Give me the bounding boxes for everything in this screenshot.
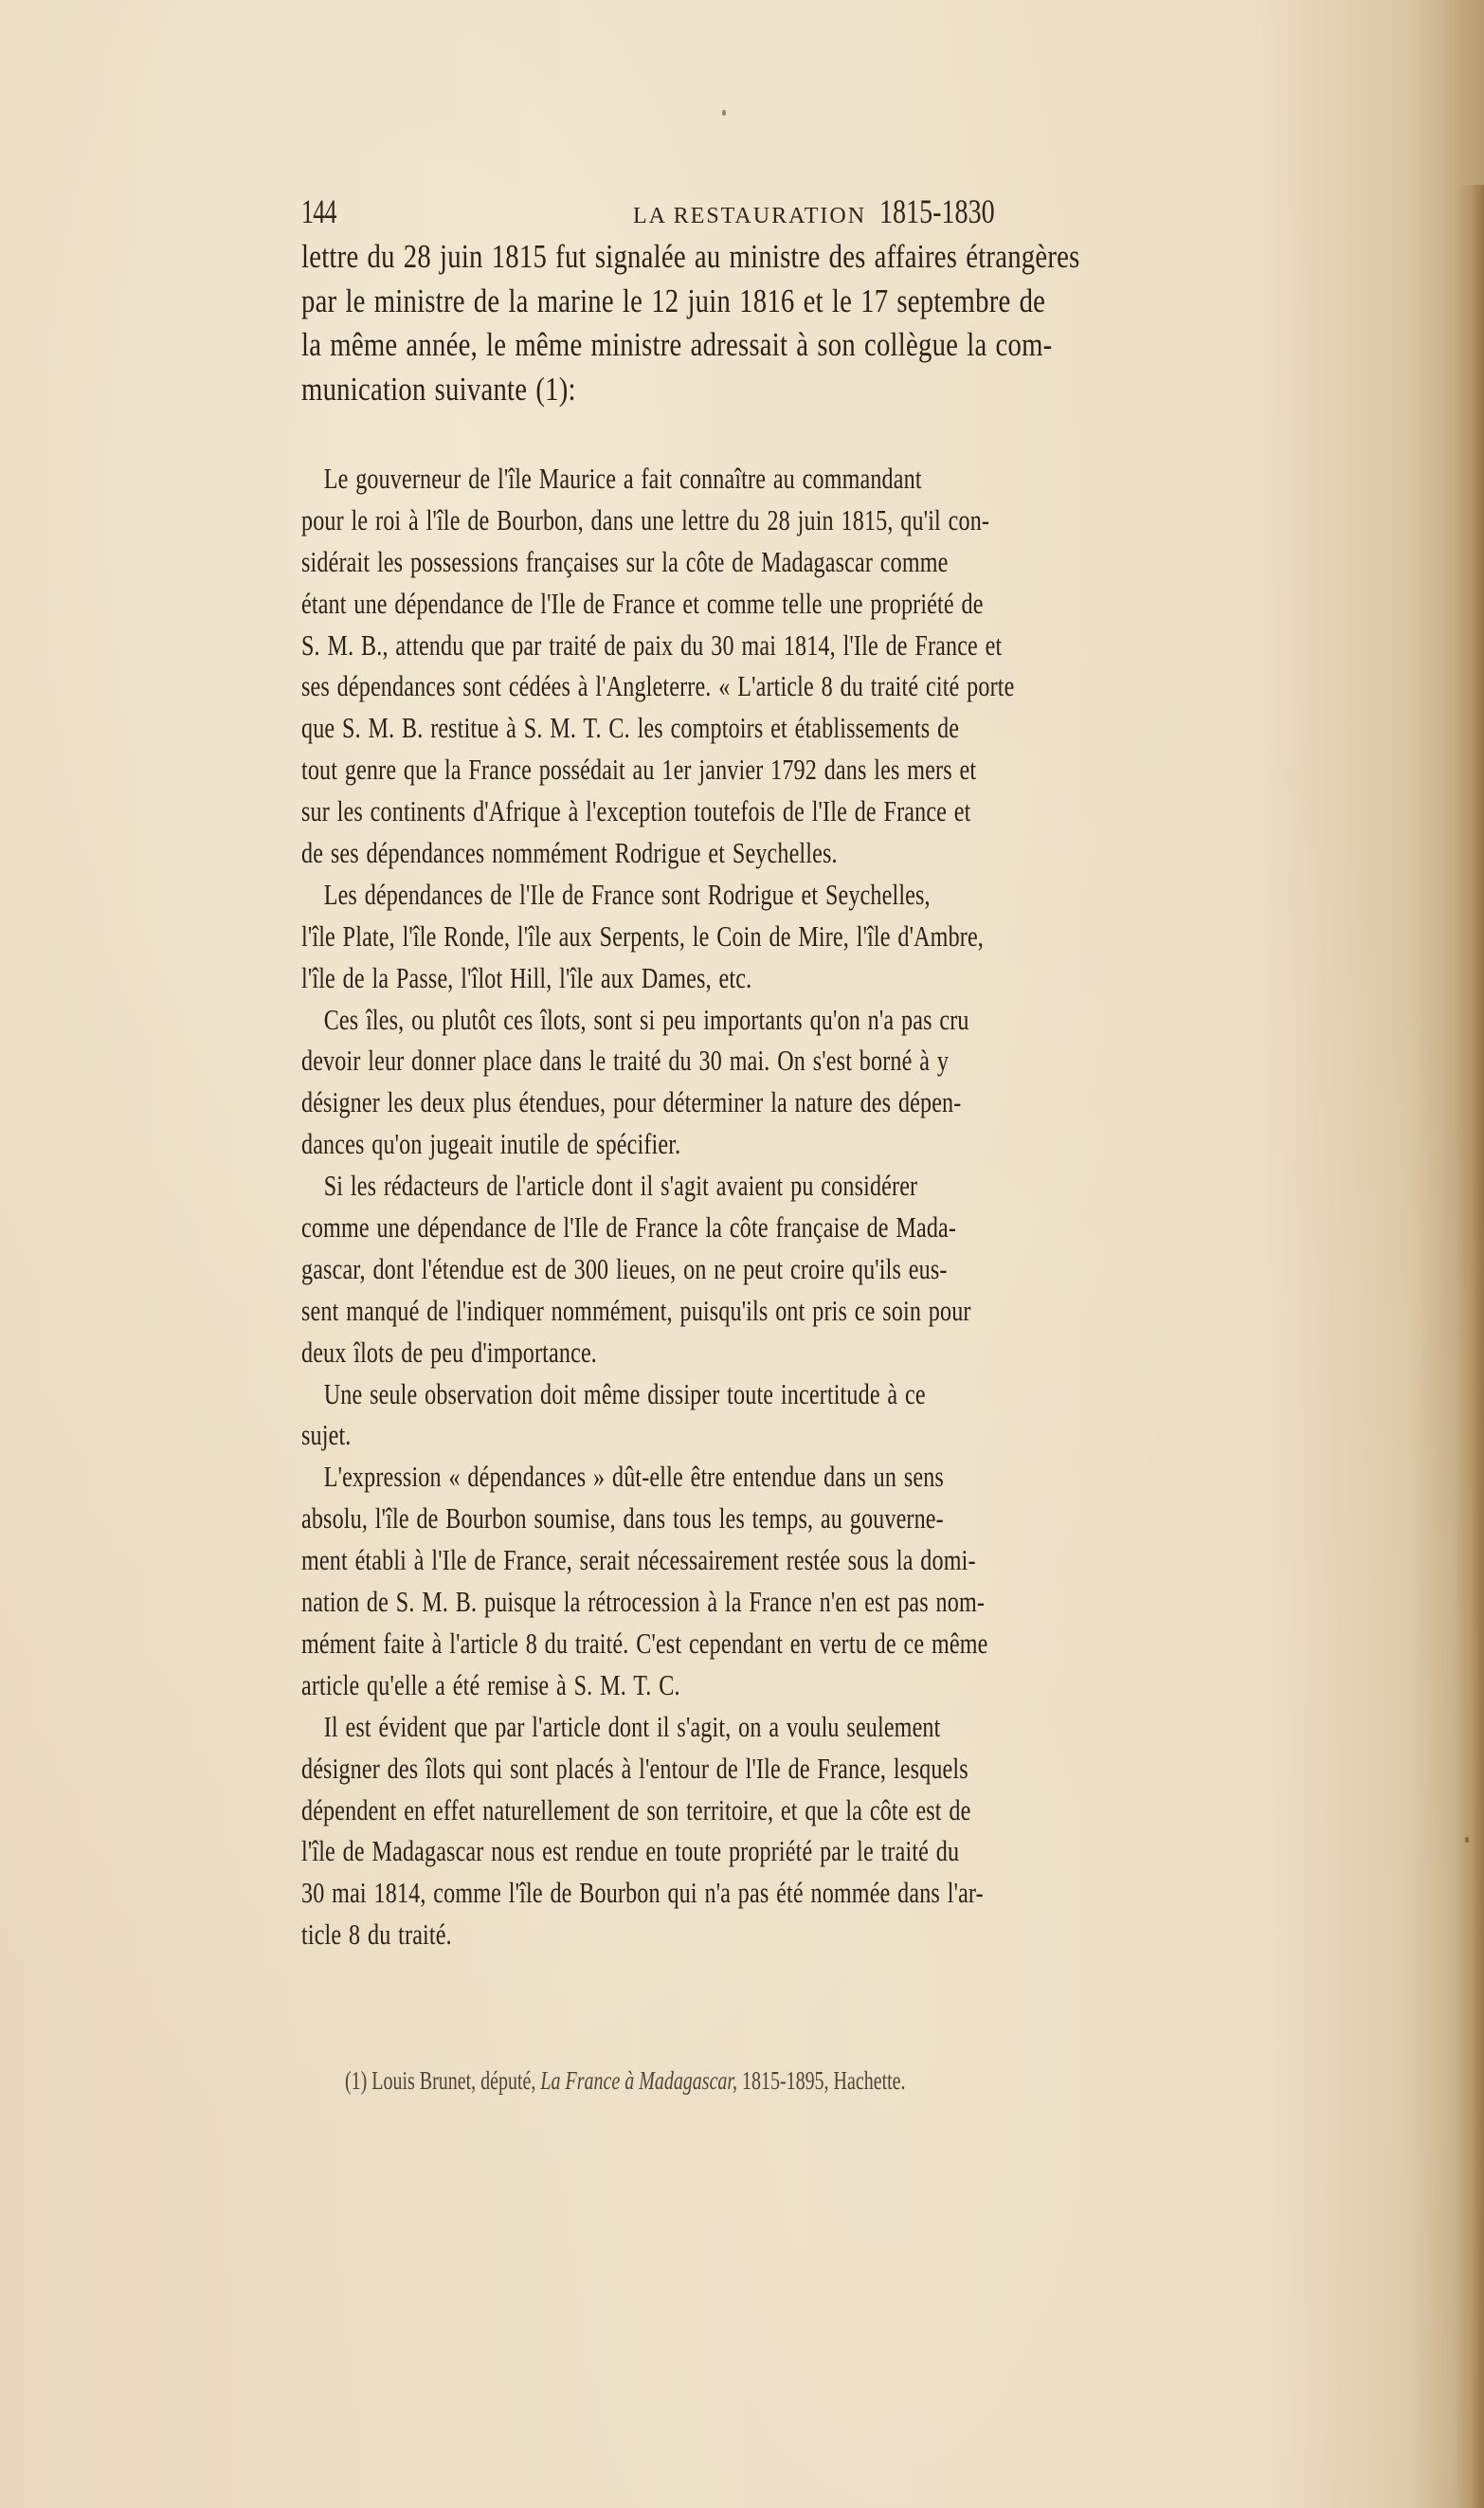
paper-speck [1465,1837,1469,1843]
text-line: deux îlots de peu d'importance. [301,1333,1238,1374]
quoted-communication: Le gouverneur de l'île Maurice a fait co… [301,459,1484,1956]
running-title-text: LA RESTAURATION [633,204,866,228]
text-line: la même année, le même ministre adressai… [301,323,1273,368]
text-line: gascar, dont l'étendue est de 300 lieues… [301,1249,1238,1291]
text-line: ment établi à l'Ile de France, serait né… [301,1540,1238,1582]
text-line: dances qu'on jugeait inutile de spécifie… [301,1124,1238,1166]
text-line: munication suivante (1): [301,368,1273,412]
text-line: l'île Plate, l'île Ronde, l'île aux Serp… [301,917,1238,958]
text-line: article qu'elle a été remise à S. M. T. … [301,1665,1238,1707]
text-line: L'expression « dépendances » dût-elle êt… [301,1457,1238,1499]
text-line: devoir leur donner place dans le traité … [301,1041,1238,1082]
book-page: 144 LA RESTAURATION 1815-1830 lettre du … [301,188,1484,1956]
text-line: Si les rédacteurs de l'article dont il s… [301,1166,1238,1208]
text-line: S. M. B., attendu que par traité de paix… [301,626,1238,667]
text-line: 30 mai 1814, comme l'île de Bourbon qui … [301,1873,1238,1915]
quote-paragraph: Il est évident que par l'article dont il… [301,1707,1484,1956]
text-line: Il est évident que par l'article dont il… [301,1707,1238,1749]
footnote-marker: (1) [345,2066,367,2095]
quote-paragraph: L'expression « dépendances » dût-elle êt… [301,1457,1484,1706]
text-line: sujet. [301,1415,1238,1457]
text-line: sent manqué de l'indiquer nommément, pui… [301,1291,1238,1333]
text-line: ticle 8 du traité. [301,1915,1238,1956]
text-line: l'île de la Passe, l'îlot Hill, l'île au… [301,958,1238,1000]
text-line: que S. M. B. restitue à S. M. T. C. les … [301,708,1238,750]
text-line: par le ministre de la marine le 12 juin … [301,280,1273,324]
paper-speck [722,110,726,116]
text-line: Le gouverneur de l'île Maurice a fait co… [301,459,1238,500]
quote-paragraph: Si les rédacteurs de l'article dont il s… [301,1166,1484,1373]
text-line: sidérait les possessions françaises sur … [301,542,1238,584]
text-line: Ces îles, ou plutôt ces îlots, sont si p… [301,1000,1238,1042]
text-line: désigner les deux plus étendues, pour dé… [301,1082,1238,1124]
text-line: nation de S. M. B. puisque la rétrocessi… [301,1582,1238,1624]
quote-paragraph: Une seule observation doit même dissiper… [301,1374,1484,1458]
quote-paragraph: Le gouverneur de l'île Maurice a fait co… [301,459,1484,875]
text-line: dépendent en effet naturellement de son … [301,1790,1238,1832]
intro-paragraph: lettre du 28 juin 1815 fut signalée au m… [301,235,1484,411]
running-head: 144 LA RESTAURATION 1815-1830 [301,188,1484,235]
footnote-publication: 1815-1895, Hachette. [742,2066,906,2095]
text-line: sur les continents d'Afrique à l'excepti… [301,791,1238,833]
text-line: Les dépendances de l'Ile de France sont … [301,875,1238,917]
footnote: (1) Louis Brunet, député, La France à Ma… [345,2066,906,2096]
text-line: absolu, l'île de Bourbon soumise, dans t… [301,1499,1238,1540]
text-line: comme une dépendance de l'Ile de France … [301,1208,1238,1249]
text-line: ses dépendances sont cédées à l'Angleter… [301,666,1238,708]
text-line: désigner des îlots qui sont placés à l'e… [301,1749,1238,1790]
footnote-book-title: La France à Madagascar, [540,2066,737,2095]
text-line: lettre du 28 juin 1815 fut signalée au m… [301,235,1273,280]
text-line: de ses dépendances nommément Rodrigue et… [301,833,1238,875]
running-title-years: 1815-1830 [879,191,995,231]
text-line: étant une dépendance de l'Ile de France … [301,584,1238,626]
text-line: mément faite à l'article 8 du traité. C'… [301,1624,1238,1665]
text-line: tout genre que la France possédait au 1e… [301,750,1238,791]
text-line: l'île de Madagascar nous est rendue en t… [301,1831,1238,1873]
page-number: 144 [301,191,336,231]
text-line: Une seule observation doit même dissiper… [301,1374,1238,1416]
running-title: LA RESTAURATION 1815-1830 [633,191,1027,231]
quote-paragraph: Ces îles, ou plutôt ces îlots, sont si p… [301,1000,1484,1167]
quote-paragraph: Les dépendances de l'Ile de France sont … [301,875,1484,1000]
footnote-author: Louis Brunet, député, [371,2066,535,2095]
text-line: pour le roi à l'île de Bourbon, dans une… [301,500,1238,542]
